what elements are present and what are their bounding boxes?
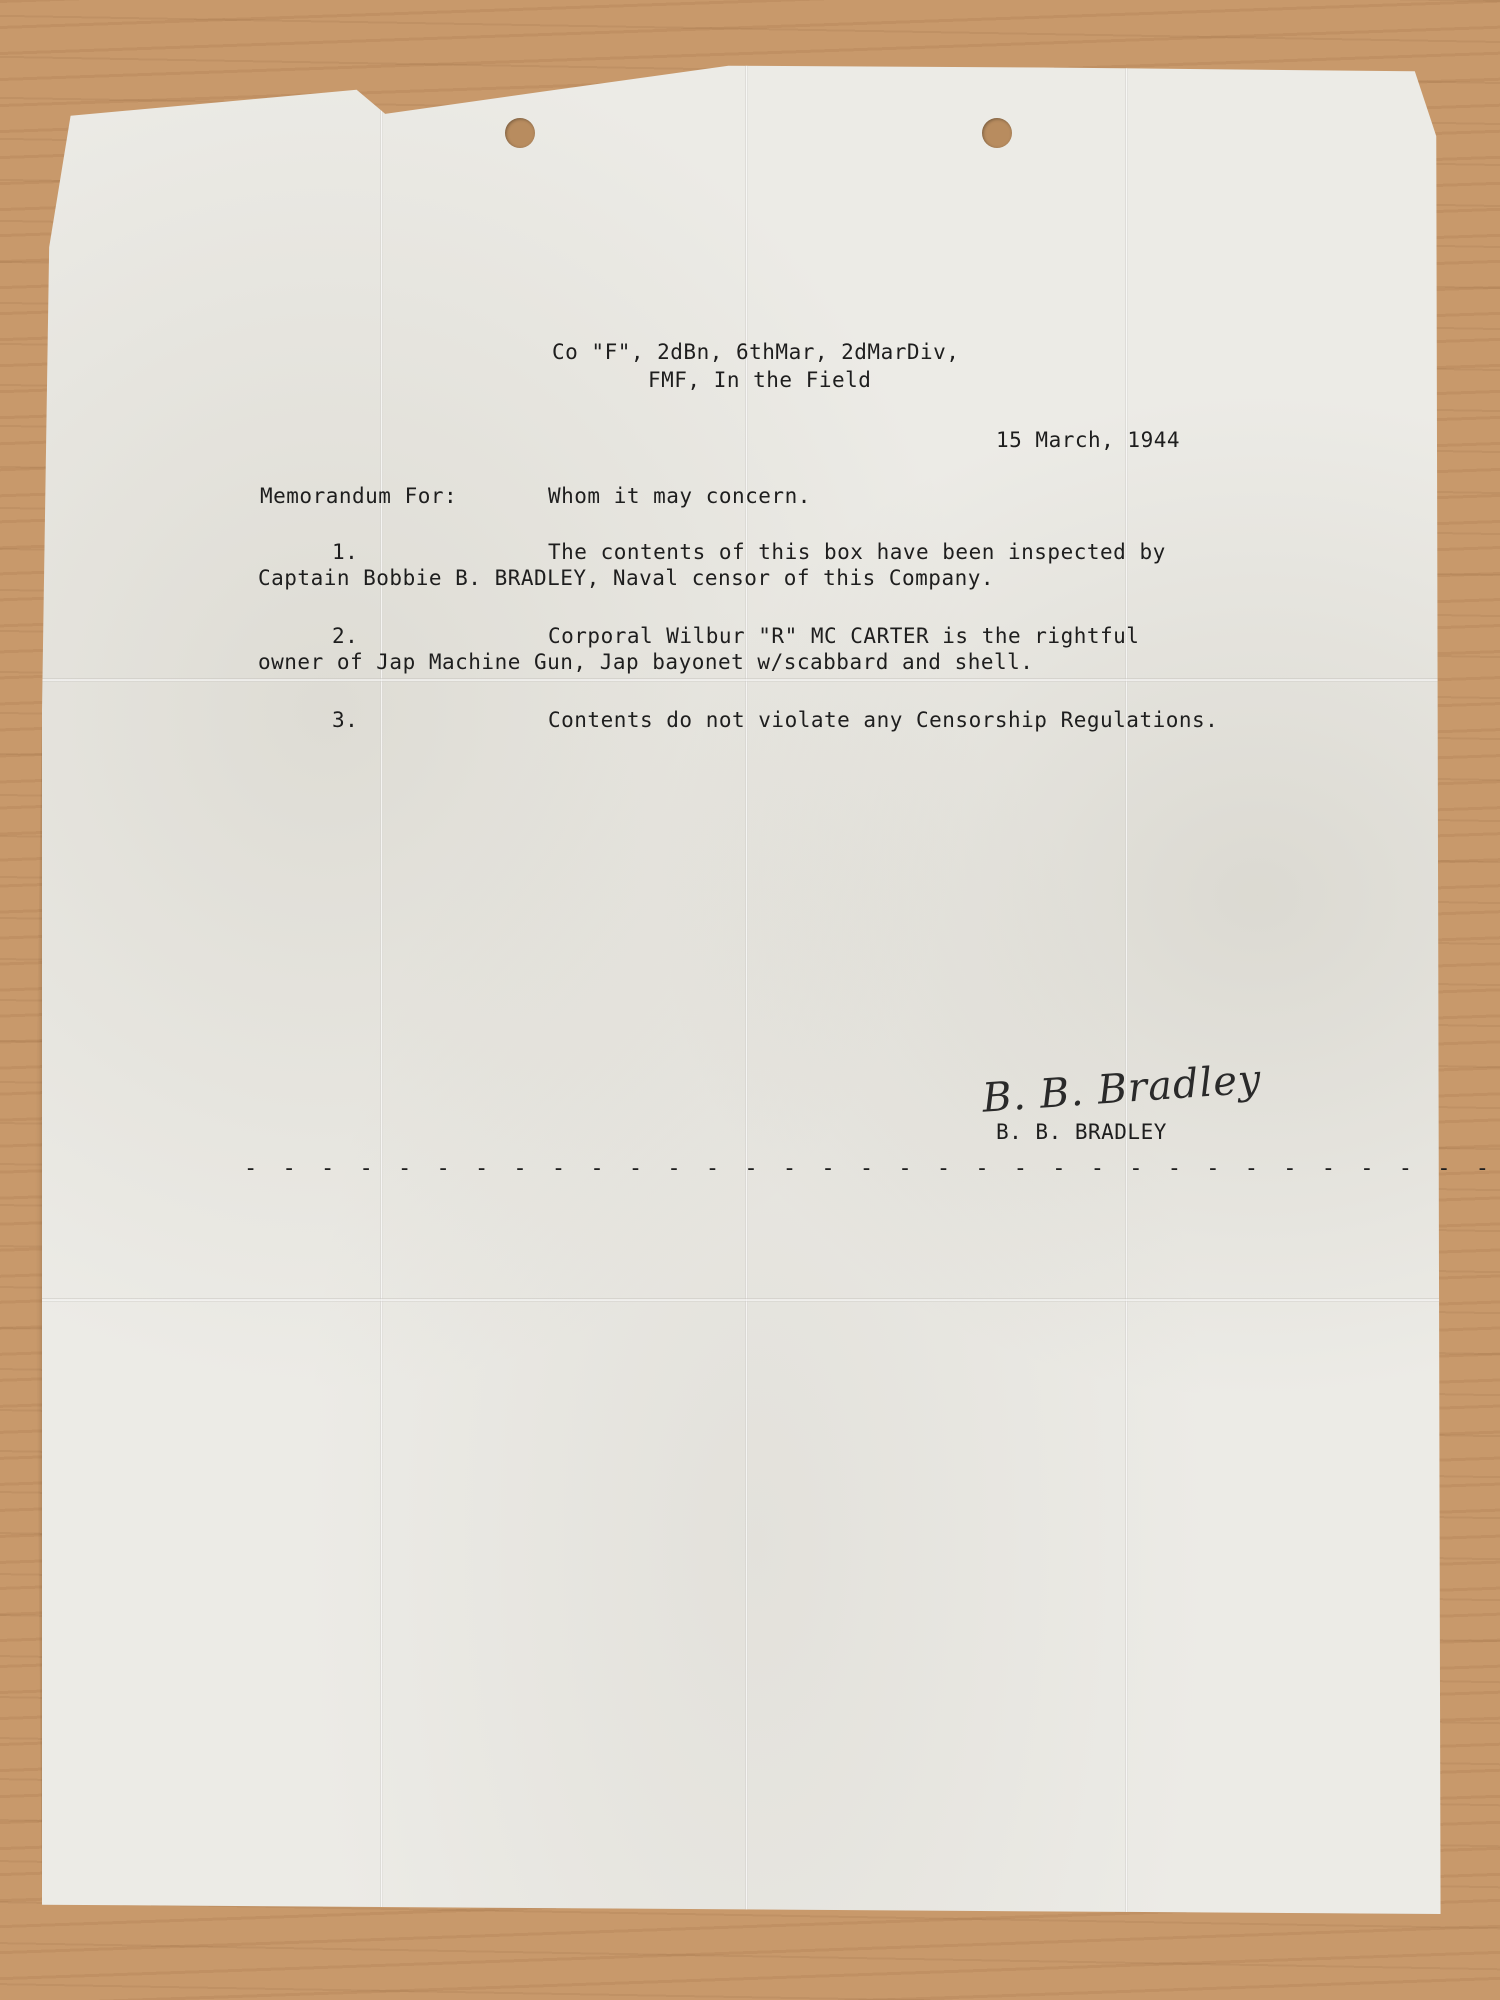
punch-hole (505, 118, 535, 148)
header-unit: Co "F", 2dBn, 6thMar, 2dMarDiv, (552, 340, 959, 364)
fold-crease (42, 1298, 1472, 1302)
header-location: FMF, In the Field (648, 368, 871, 392)
memo-for-label: Memorandum For: (260, 484, 457, 508)
paragraph-text: The contents of this box have been inspe… (548, 540, 1166, 564)
paragraph-text: Captain Bobbie B. BRADLEY, Naval censor … (258, 566, 994, 590)
dashed-divider: - - - - - - - - - - - - - - - - - - - - … (244, 1156, 1500, 1181)
fold-crease (42, 678, 1472, 682)
paragraph-number: 2. (332, 624, 358, 648)
paragraph-text: Corporal Wilbur "R" MC CARTER is the rig… (548, 624, 1139, 648)
fold-crease (1125, 62, 1128, 1914)
paragraph-text: Contents do not violate any Censorship R… (548, 708, 1218, 732)
fold-crease (380, 62, 383, 1914)
paragraph-text: owner of Jap Machine Gun, Jap bayonet w/… (258, 650, 1033, 674)
punch-hole (982, 118, 1012, 148)
paragraph-number: 3. (332, 708, 358, 732)
memo-date: 15 March, 1944 (996, 428, 1180, 452)
paragraph-number: 1. (332, 540, 358, 564)
typed-signature: B. B. BRADLEY (996, 1120, 1167, 1144)
memo-recipient: Whom it may concern. (548, 484, 811, 508)
